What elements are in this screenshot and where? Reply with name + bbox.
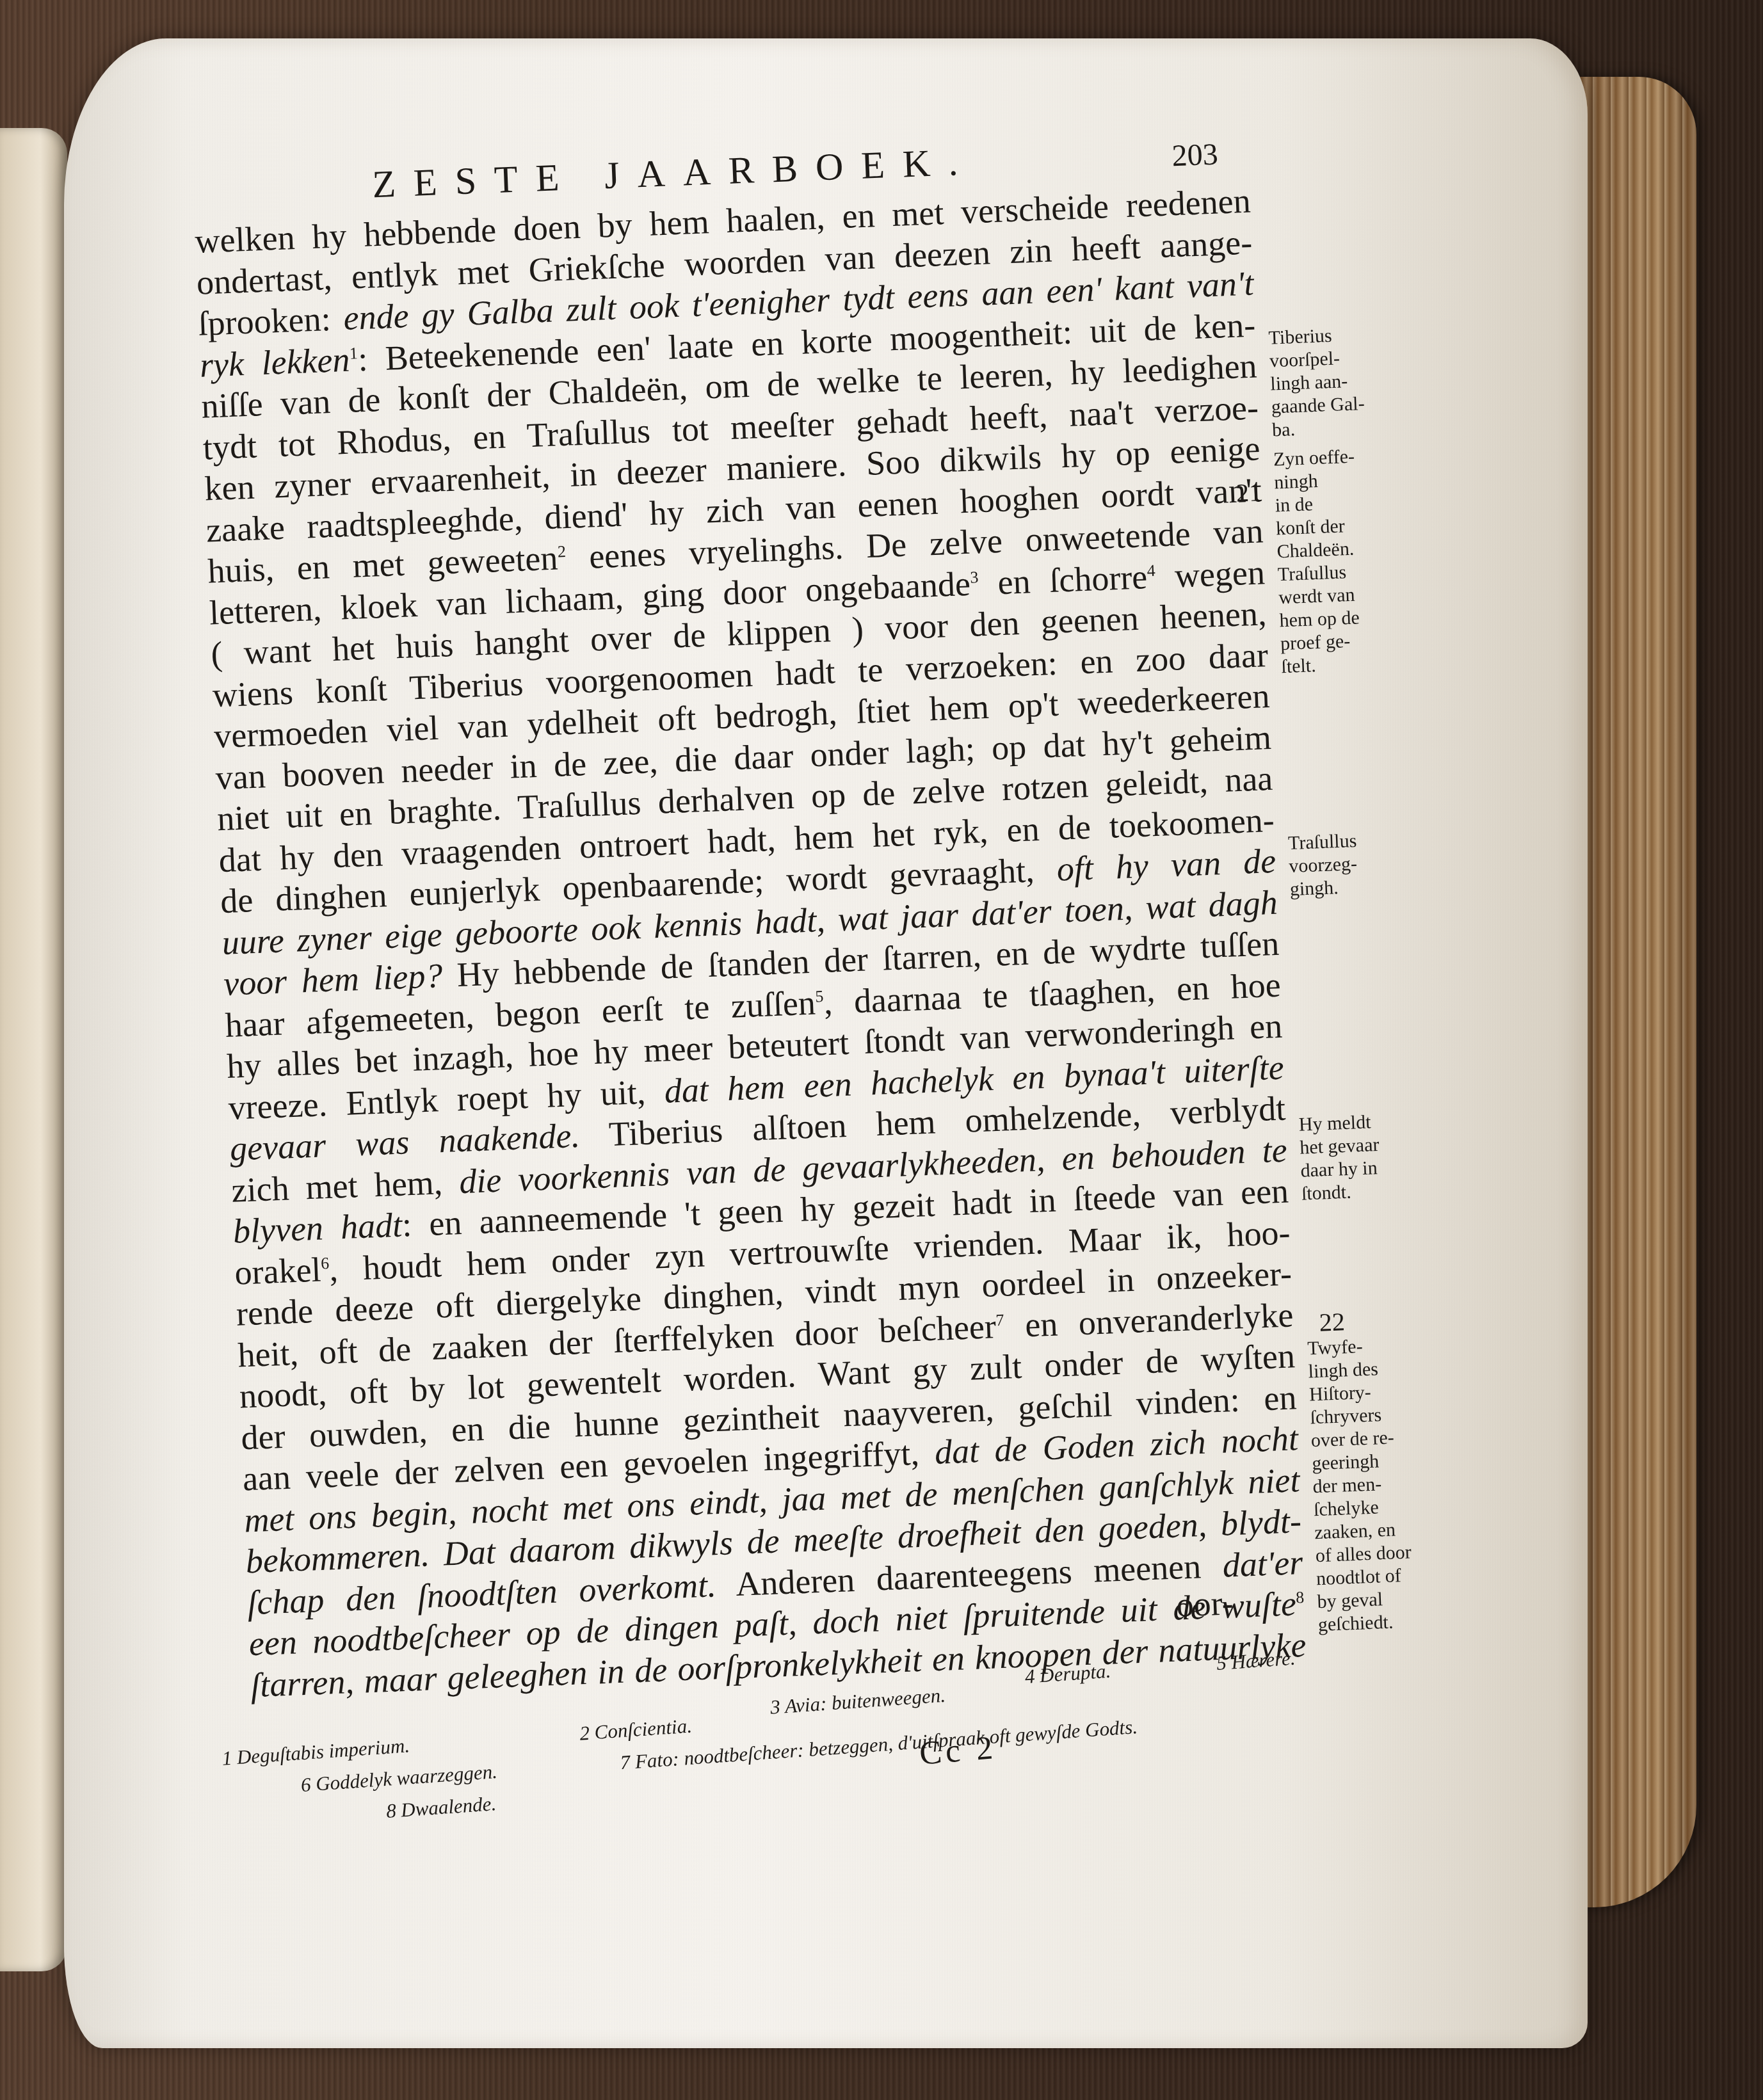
text-span: zich met hem, [230, 1162, 460, 1210]
text-span: wegen [1155, 553, 1266, 596]
footnote: 2 Conſcientia. [579, 1714, 693, 1745]
footnote: 3 Avia: buitenweegen. [769, 1684, 946, 1719]
page-number: 203 [1171, 136, 1219, 173]
footnote-marker: 8 [1296, 1588, 1305, 1607]
body-text: welken hy hebbende doen by hem haalen, e… [194, 180, 1307, 1706]
footnote: 7 Fato: noodtbeſcheer: betzeggen, d'uitſ… [620, 1715, 1138, 1774]
book-page: ZESTE JAARBOEK. 203 welken hy hebbende d… [64, 38, 1588, 2048]
footnote: 8 Dwaalende. [385, 1792, 497, 1823]
margin-note: Zyn oeffe-ninghin dekonſt derChaldeën. [1273, 442, 1431, 563]
footnote-marker: 3 [970, 568, 979, 586]
text-span: blyven hadt [232, 1206, 403, 1251]
text-span: ſprooken: [197, 299, 344, 343]
footnote-marker: 5 [815, 987, 824, 1006]
section-number: 21 [1236, 481, 1262, 505]
text-span: orakel [234, 1250, 321, 1292]
facing-page-edge [0, 128, 67, 1971]
footnote-marker: 7 [995, 1310, 1004, 1329]
margin-note: Traſullusvoorzeg-gingh. [1287, 826, 1444, 901]
text-span: en ſchorre [978, 557, 1148, 602]
footnote: 1 Deguſtabis imperium. [221, 1734, 410, 1770]
margin-note: Traſulluswerdt vanhem op deproef ge-ſtel… [1277, 557, 1435, 678]
margin-note: Tiberiusvoorſpel-lingh aan-gaande Gal-ba… [1268, 321, 1426, 442]
text-span: voor hem liep? [223, 956, 443, 1003]
margin-note: Twyfe-lingh desHiſtory-ſchryversover de … [1307, 1331, 1472, 1637]
page-content: ZESTE JAARBOEK. 203 welken hy hebbende d… [192, 116, 1467, 1706]
section-number: 22 [1319, 1310, 1345, 1335]
footnote: 5 Hærere. [1216, 1646, 1296, 1675]
footnote: 6 Goddelyk waarzeggen. [300, 1760, 498, 1797]
text-span: ryk lekken [199, 340, 350, 384]
text-span: oft hy van de [1056, 842, 1277, 888]
text-span: dat'er [1222, 1543, 1304, 1585]
footnote-marker: 6 [320, 1254, 329, 1272]
margin-note: Hy meldthet gevaardaar hy inſtondt. [1298, 1108, 1455, 1206]
catchword: oor- [1175, 1582, 1234, 1626]
